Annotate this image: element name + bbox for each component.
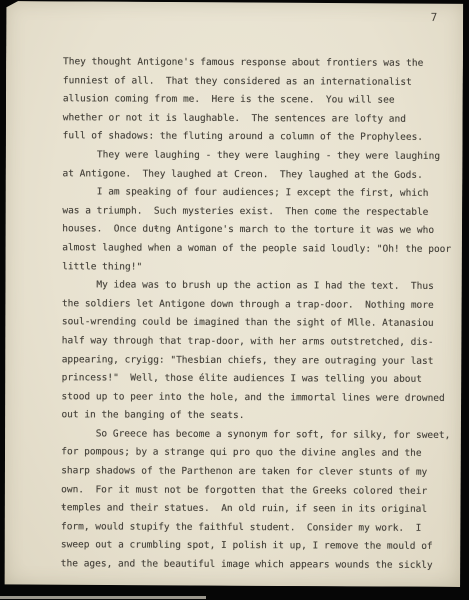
- scan-edge-artifact: [0, 596, 206, 599]
- text-line: funniest of all. That they considered as…: [63, 72, 459, 92]
- text-line: the ages, and the beautiful image which …: [61, 555, 457, 575]
- text-line: sweep out a crumbling spot, I polish it …: [61, 537, 457, 557]
- text-line: I am speaking of four audiences; I excep…: [62, 183, 458, 203]
- text-line: ŧemples and their statues. An old ruin, …: [61, 499, 457, 519]
- text-line: princess!" Well, those élite audiences I…: [62, 369, 458, 389]
- text-line: soul-wrending could be imagined than the…: [62, 314, 458, 334]
- text-line: full of shadows: the fluting around a co…: [63, 128, 459, 148]
- text-line: half way through that trap-door, with he…: [62, 332, 458, 352]
- text-line: almost laughed when a woman of the peopl…: [62, 239, 458, 259]
- page-number: 7: [431, 11, 438, 24]
- text-line: little thing!": [62, 258, 458, 278]
- text-line: the soldiers let Antigone down through a…: [62, 295, 458, 315]
- text-line: whether or not it is laughable. The sent…: [63, 109, 459, 129]
- text-line: stood up to peer into the hole, and the …: [62, 388, 458, 408]
- document-page: 7 They thought Antigone's famous respons…: [4, 1, 464, 587]
- text-line: houses. Once duŧng Antigone's march to t…: [62, 221, 458, 241]
- scan-background: 7 They thought Antigone's famous respons…: [0, 0, 469, 600]
- text-line: So Greece has become a synonym for soft,…: [61, 425, 457, 445]
- typewritten-text: They thought Antigone's famous response …: [61, 53, 459, 575]
- text-line: sharp shadows of the Parthenon are taken…: [61, 462, 457, 482]
- text-line: at Antigone. They laughed at Creon. They…: [62, 165, 458, 185]
- text-line: allusion coming from me. Here is the sce…: [63, 90, 459, 110]
- text-line: They thought Antigone's famous response …: [63, 53, 459, 73]
- text-line: out in the banging of the seats.: [61, 407, 457, 427]
- text-line: own. For it must not be forgotten that t…: [61, 481, 457, 501]
- text-line: form, would stupify the faithful student…: [61, 518, 457, 538]
- text-line: They were laughing - they were laughing …: [63, 146, 459, 166]
- text-line: appearing, cryigg: "Thesbian chiefs, the…: [62, 351, 458, 371]
- text-line: for pompous; by a strange qui pro quo th…: [61, 444, 457, 464]
- text-line: My idea was to brush up the action as I …: [62, 276, 458, 296]
- text-line: was a triumph. Such mysteries exist. The…: [62, 202, 458, 222]
